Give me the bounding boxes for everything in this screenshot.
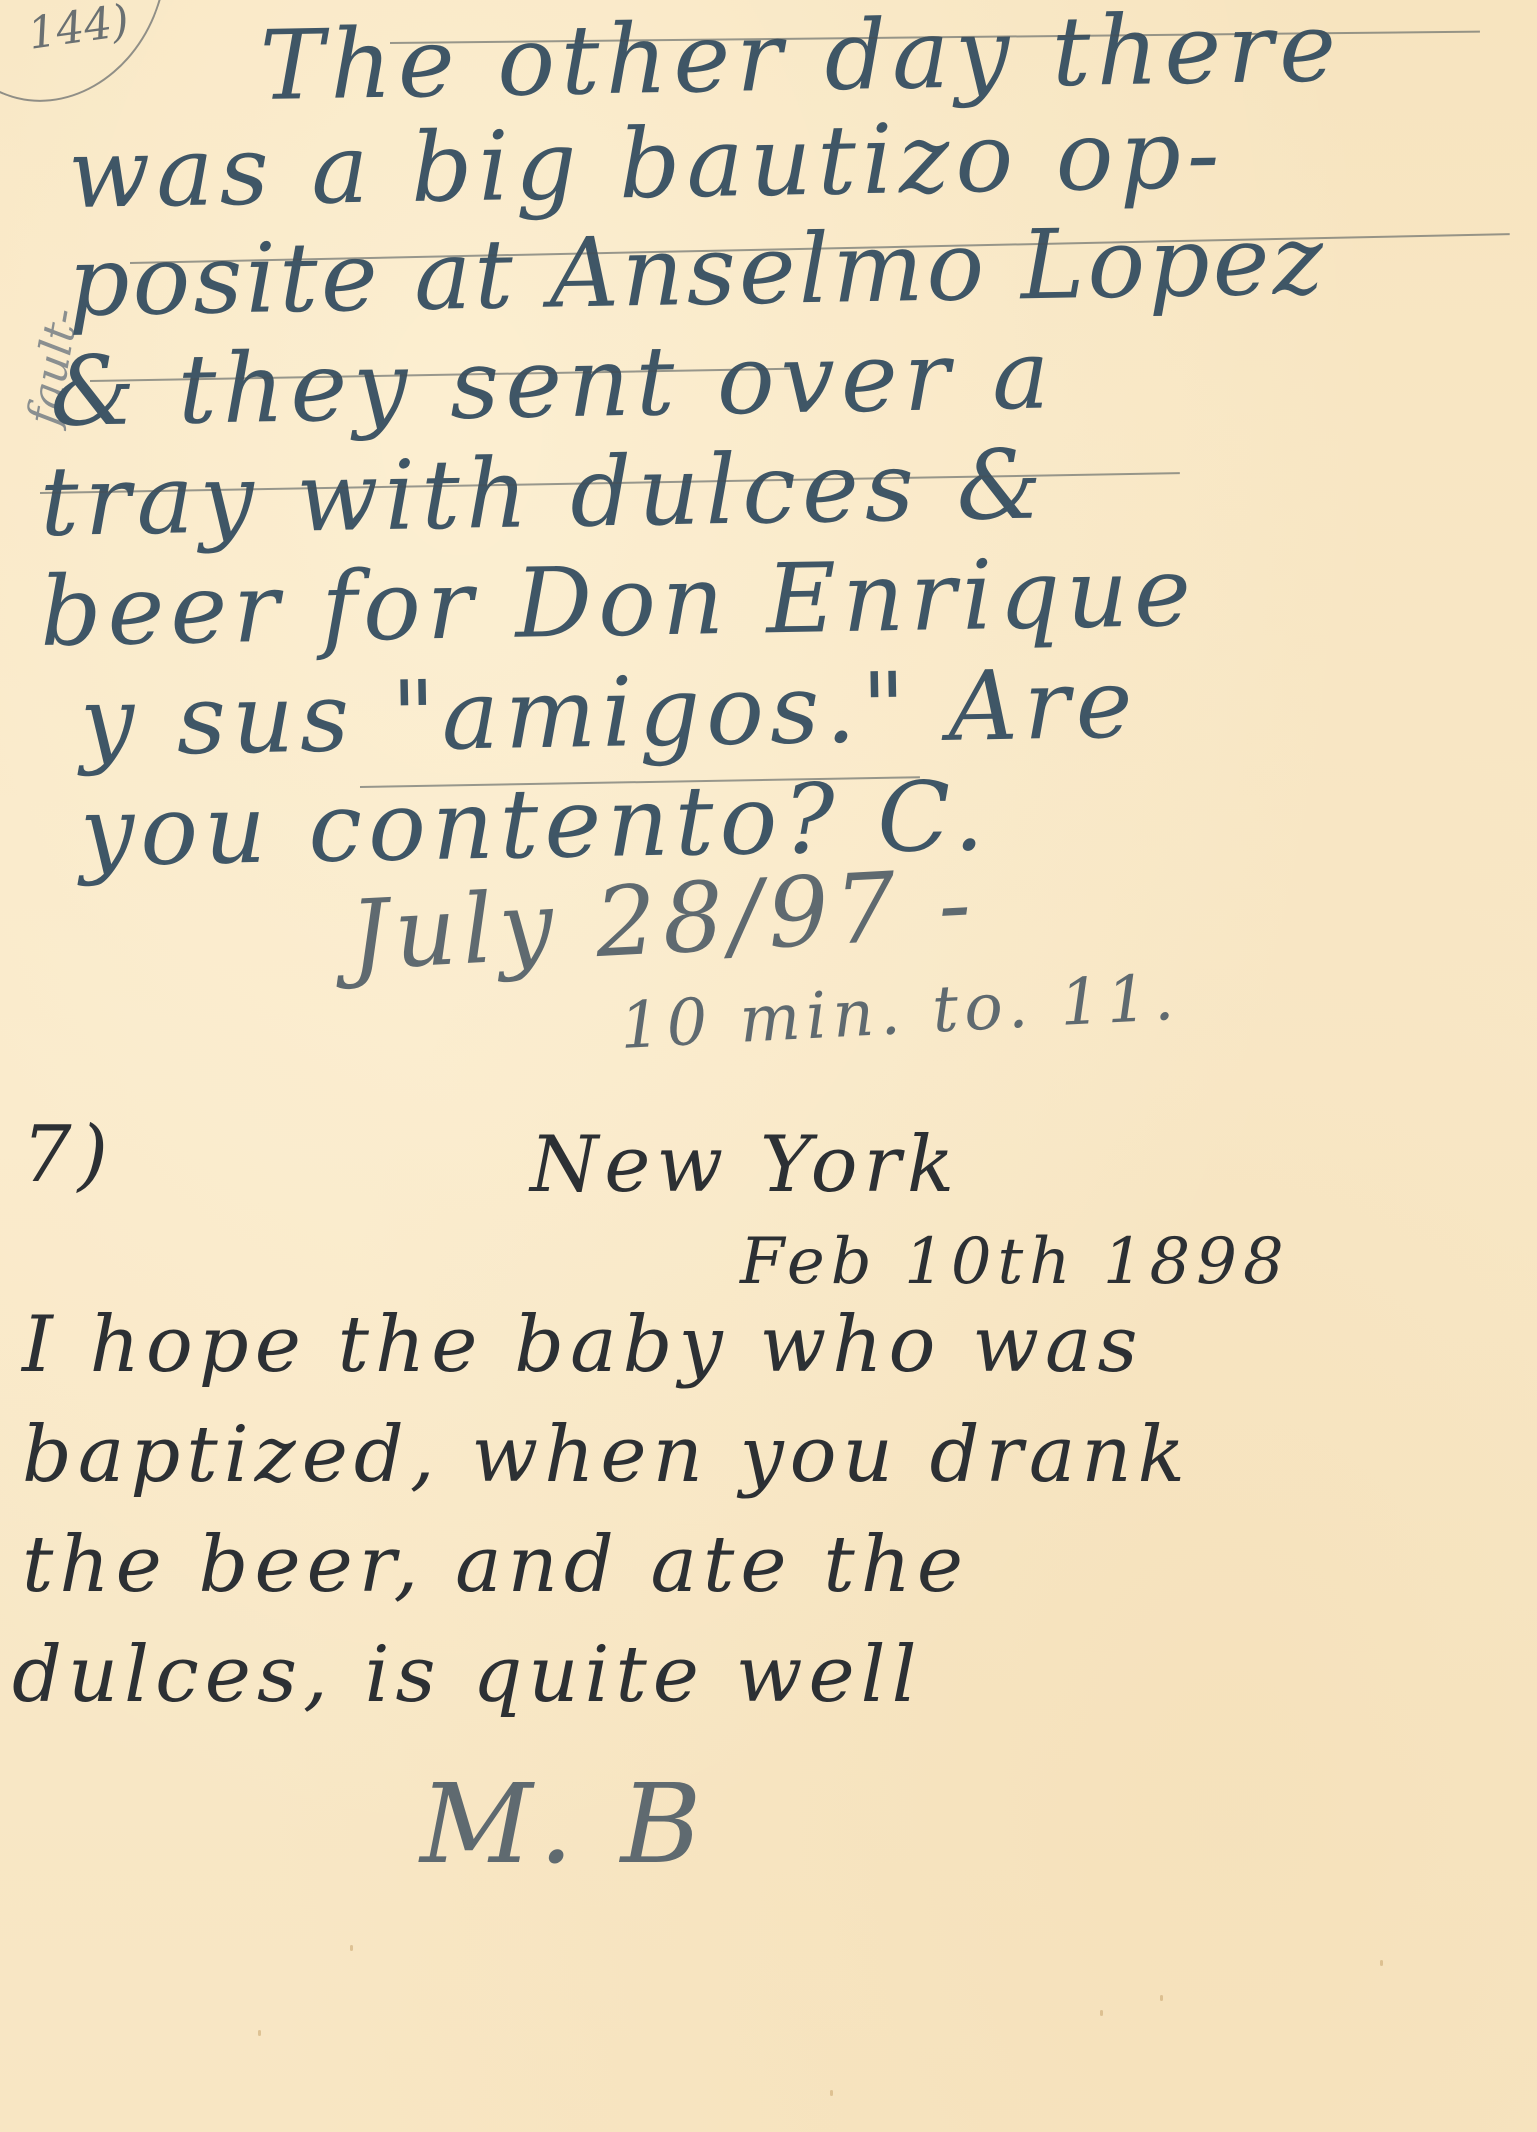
entry-2-place: New York	[530, 1120, 960, 1210]
entry-1-line-6: beer for Don Enrique	[39, 536, 1198, 668]
paper-speck	[258, 2030, 261, 2036]
paper-speck	[350, 1945, 353, 1951]
entry-2-date: Feb 10th 1898	[740, 1225, 1290, 1299]
entry-2-line-4: dulces, is quite well	[12, 1630, 923, 1720]
entry-1-time: 10 min. to. 11.	[618, 961, 1182, 1064]
entry-1-line-7: y sus "amigos." Are	[79, 648, 1139, 778]
entry-1-line-3: posite at Anselmo Lopez	[67, 204, 1327, 338]
entry-1-line-4: & they sent over a	[49, 318, 1056, 448]
paper-speck	[1380, 1960, 1383, 1966]
entry-2-number: 7)	[22, 1110, 114, 1200]
paper-speck	[1100, 2010, 1103, 2016]
page-number-arc	[0, 0, 202, 134]
entry-1-line-5: tray with dulces &	[39, 428, 1049, 558]
letter-page: 144) fault- The other day there was a bi…	[0, 0, 1537, 2132]
paper-speck	[830, 2090, 833, 2096]
entry-2-line-1: I hope the baby who was	[22, 1300, 1144, 1390]
signature: M. B	[420, 1760, 707, 1888]
paper-speck	[1160, 1995, 1163, 2001]
entry-2-line-2: baptized, when you drank	[22, 1410, 1191, 1500]
entry-2-line-3: the beer, and ate the	[22, 1520, 969, 1610]
